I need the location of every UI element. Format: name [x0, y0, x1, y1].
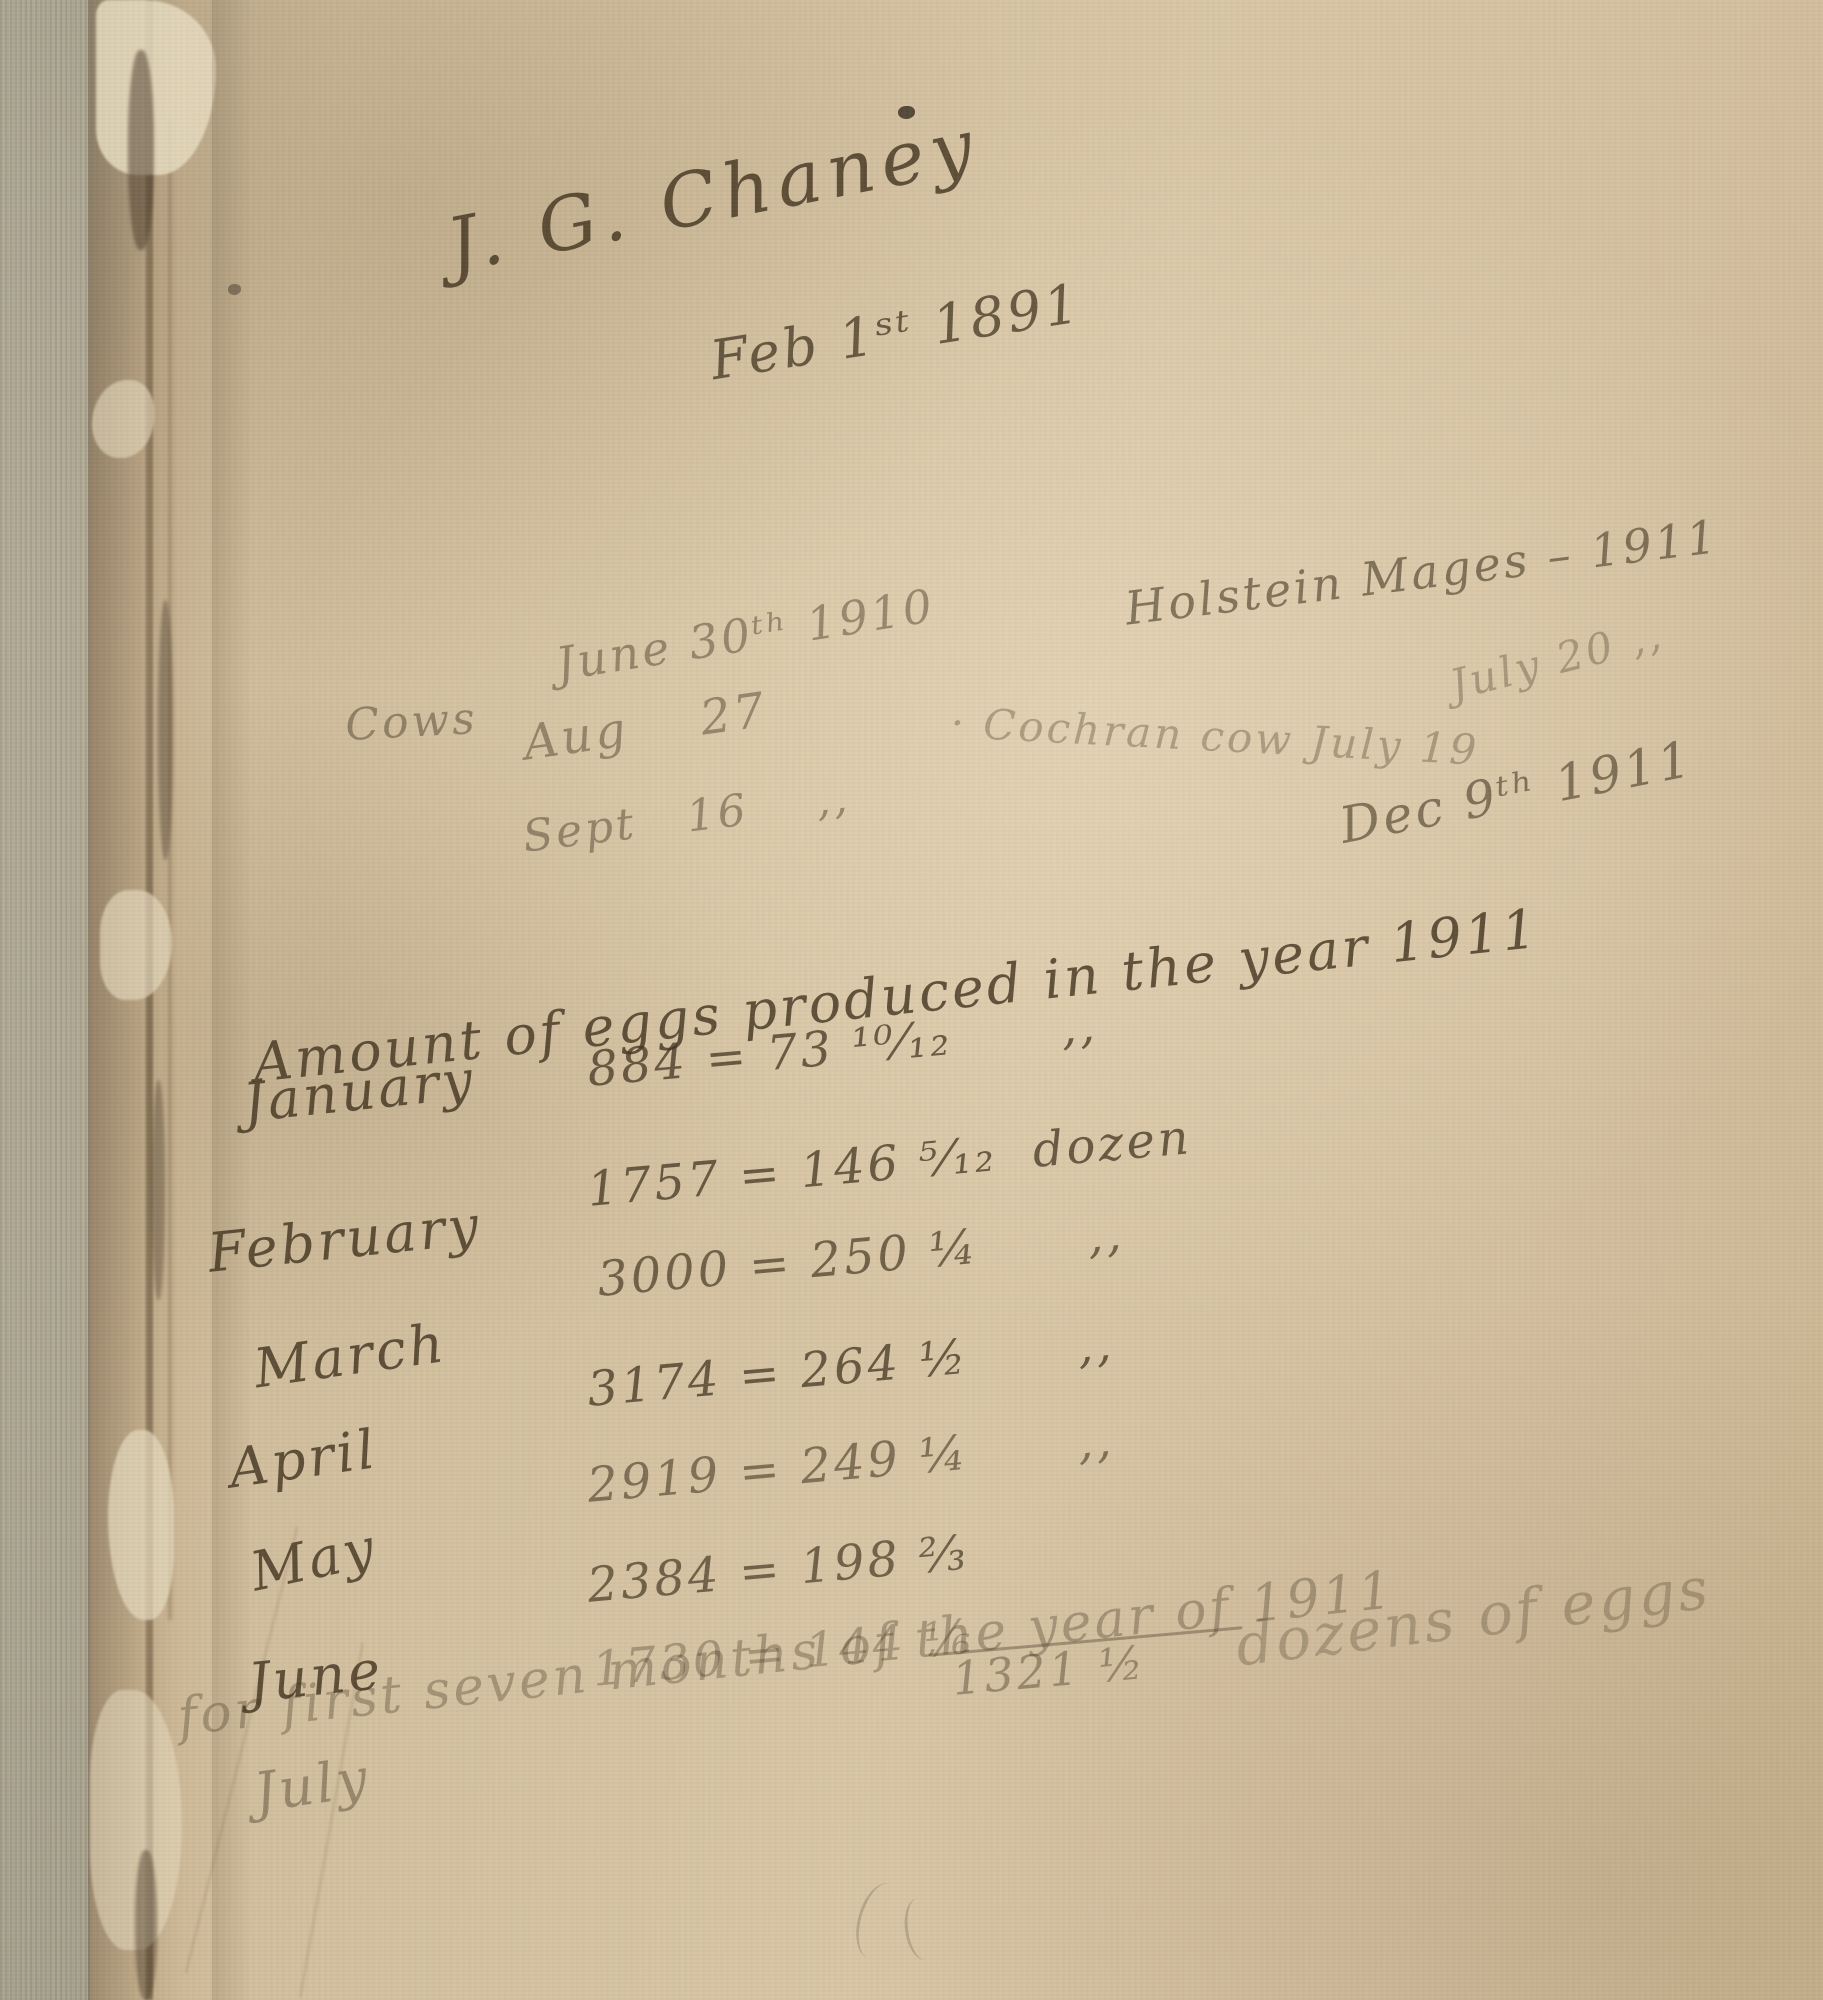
faint-pencil-mark — [848, 1878, 911, 1965]
sept-date-note: Sept 16 ,, — [520, 772, 853, 863]
spine-crease-secondary — [168, 120, 172, 1620]
egg-entry-row: 3174 = 264 ½ ,, — [585, 1316, 1116, 1418]
july-date-note: July 20 ,, — [1445, 609, 1668, 709]
ledger-page-photo: J. G. Chaney Feb 1ˢᵗ 1891 Holstein Mages… — [0, 0, 1823, 2000]
month-label-march: March — [250, 1311, 450, 1400]
month-label-may: May — [245, 1516, 382, 1604]
cochran-cow-note: · Cochran cow July 19 — [949, 698, 1480, 775]
owner-signature: J. G. Chaney — [440, 102, 987, 289]
tear-shadow — [152, 1080, 165, 1300]
egg-entry-row: 1757 = 146 ⁵⁄₁₂ dozen — [585, 1109, 1194, 1218]
book-cover-edge — [0, 0, 90, 2000]
tear-shadow — [128, 50, 154, 250]
inscription-date: Feb 1ˢᵗ 1891 — [706, 271, 1086, 392]
aug-date-note: Aug 27 — [520, 682, 771, 772]
egg-entry-row: 3000 = 250 ¼ ,, — [595, 1206, 1126, 1308]
egg-entry-row: 2384 = 198 ⅔ — [585, 1525, 971, 1614]
tear-shadow — [158, 600, 173, 860]
egg-entry-row: 2919 = 249 ¼ ,, — [585, 1412, 1116, 1514]
faint-pencil-mark — [901, 1896, 942, 1962]
cows-label: Cows — [344, 693, 479, 751]
june-date-note: June 30ᵗʰ 1910 — [552, 578, 939, 691]
month-label-july: July — [250, 1746, 374, 1825]
tear-shadow — [135, 1850, 157, 2000]
